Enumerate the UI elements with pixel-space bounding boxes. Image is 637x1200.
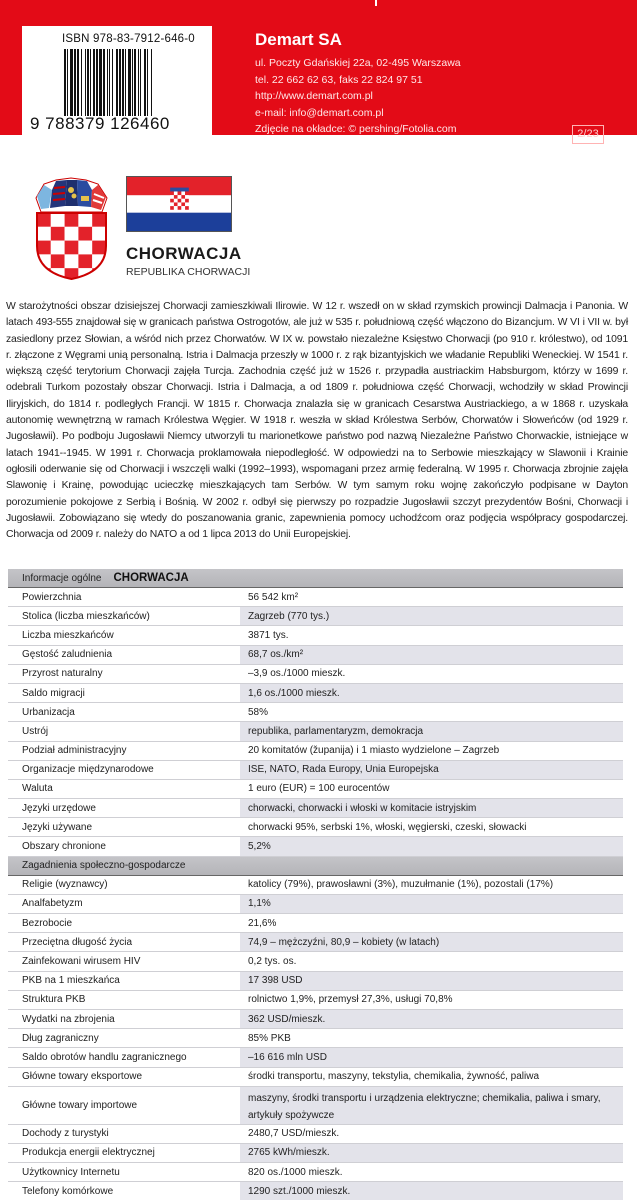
row-value: 3871 tys. <box>240 626 623 644</box>
publisher-website: http://www.demart.com.pl <box>255 88 461 105</box>
table-row: Gęstość zaludnienia68,7 os./km² <box>8 646 623 665</box>
row-value: 85% PKB <box>240 1029 623 1047</box>
row-value: 68,7 os./km² <box>240 646 623 664</box>
table-row: Wydatki na zbrojenia362 USD/mieszk. <box>8 1010 623 1029</box>
table-row: Dochody z turystyki2480,7 USD/mieszk. <box>8 1125 623 1144</box>
row-label: Obszary chronione <box>8 837 240 855</box>
country-title: CHORWACJA <box>126 244 242 264</box>
table-row: Saldo migracji1,6 os./1000 mieszk. <box>8 684 623 703</box>
row-value: maszyny, środki transportu i urządzenia … <box>240 1087 623 1124</box>
publisher-name: Demart SA <box>255 30 461 50</box>
table-row: Dług zagraniczny85% PKB <box>8 1029 623 1048</box>
table-row: Ustrójrepublika, parlamentaryzm, demokra… <box>8 722 623 741</box>
row-value: katolicy (79%), prawosławni (3%), muzułm… <box>240 876 623 894</box>
row-label: Wydatki na zbrojenia <box>8 1010 240 1028</box>
table-row: Języki urzędowechorwacki, chorwacki i wł… <box>8 799 623 818</box>
table-row: Przeciętna długość życia74,9 – mężczyźni… <box>8 933 623 952</box>
table-row: Zainfekowani wirusem HIV0,2 tys. os. <box>8 952 623 971</box>
table-row: Urbanizacja58% <box>8 703 623 722</box>
row-value: środki transportu, maszyny, tekstylia, c… <box>240 1068 623 1086</box>
table-row: Liczba mieszkańców3871 tys. <box>8 626 623 645</box>
row-value: 5,2% <box>240 837 623 855</box>
row-label: Podział administracyjny <box>8 742 240 760</box>
table-row: Podział administracyjny20 komitatów (žup… <box>8 742 623 761</box>
table-row: Obszary chronione5,2% <box>8 837 623 856</box>
section-general-header: Informacje ogólne CHORWACJA <box>8 569 623 588</box>
row-label: Przyrost naturalny <box>8 665 240 683</box>
row-value: 1,6 os./1000 mieszk. <box>240 684 623 702</box>
table-row: Użytkownicy Internetu820 os./1000 mieszk… <box>8 1163 623 1182</box>
row-label: Zainfekowani wirusem HIV <box>8 952 240 970</box>
row-value: 20 komitatów (županija) i 1 miasto wydzi… <box>240 742 623 760</box>
row-value: 2480,7 USD/mieszk. <box>240 1125 623 1143</box>
row-label: Saldo obrotów handlu zagranicznego <box>8 1048 240 1066</box>
row-value: Zagrzeb (770 tys.) <box>240 607 623 625</box>
row-value: republika, parlamentaryzm, demokracja <box>240 722 623 740</box>
table-row: Przyrost naturalny–3,9 os./1000 mieszk. <box>8 665 623 684</box>
table-row: Telefony komórkowe1290 szt./1000 mieszk. <box>8 1182 623 1200</box>
row-label: Analfabetyzm <box>8 895 240 913</box>
row-label: Stolica (liczba mieszkańców) <box>8 607 240 625</box>
row-value: 1 euro (EUR) = 100 eurocentów <box>240 780 623 798</box>
row-label: Główne towary importowe <box>8 1087 240 1124</box>
row-label: Powierzchnia <box>8 588 240 606</box>
table-row: Języki używanechorwacki 95%, serbski 1%,… <box>8 818 623 837</box>
row-label: Gęstość zaludnienia <box>8 646 240 664</box>
table-row: Organizacje międzynarodoweISE, NATO, Rad… <box>8 761 623 780</box>
row-value: 21,6% <box>240 914 623 932</box>
table-row: Waluta1 euro (EUR) = 100 eurocentów <box>8 780 623 799</box>
row-label: Produkcja energii elektrycznej <box>8 1144 240 1162</box>
row-label: Liczba mieszkańców <box>8 626 240 644</box>
section-social-label: Zagadnienia społeczno-gospodarcze <box>22 860 185 871</box>
table-row: Struktura PKBrolnictwo 1,9%, przemysł 27… <box>8 991 623 1010</box>
row-value: –16 616 mln USD <box>240 1048 623 1066</box>
table-row: Religie (wyznawcy)katolicy (79%), prawos… <box>8 876 623 895</box>
facts-table: Informacje ogólne CHORWACJA Powierzchnia… <box>8 569 623 1200</box>
row-value: 2765 kWh/mieszk. <box>240 1144 623 1162</box>
row-value: 362 USD/mieszk. <box>240 1010 623 1028</box>
row-label: Waluta <box>8 780 240 798</box>
section-general-label: Informacje ogólne <box>22 573 102 584</box>
barcode: ISBN 978-83-7912-646-0 9 788379 126460 <box>22 26 212 142</box>
croatia-flag-icon <box>126 176 232 232</box>
croatia-coat-of-arms-icon <box>34 176 109 280</box>
row-label: Języki urzędowe <box>8 799 240 817</box>
row-label: Organizacje międzynarodowe <box>8 761 240 779</box>
country-subtitle: REPUBLIKA CHORWACJI <box>126 266 250 278</box>
barcode-number: 9 788379 126460 <box>30 114 170 134</box>
row-label: Bezrobocie <box>8 914 240 932</box>
row-value: –3,9 os./1000 mieszk. <box>240 665 623 683</box>
row-value: 1290 szt./1000 mieszk. <box>240 1182 623 1200</box>
row-label: Użytkownicy Internetu <box>8 1163 240 1181</box>
row-value: 820 os./1000 mieszk. <box>240 1163 623 1181</box>
table-row: Główne towary eksportoweśrodki transport… <box>8 1068 623 1087</box>
row-label: Struktura PKB <box>8 991 240 1009</box>
publisher-info: Demart SA ul. Poczty Gdańskiej 22a, 02-4… <box>255 30 461 138</box>
publisher-email: e-mail: info@demart.com.pl <box>255 105 461 122</box>
row-label: Dług zagraniczny <box>8 1029 240 1047</box>
table-row: Stolica (liczba mieszkańców)Zagrzeb (770… <box>8 607 623 626</box>
row-value: 1,1% <box>240 895 623 913</box>
page-badge: 2/23 <box>572 125 604 144</box>
section-social-header: Zagadnienia społeczno-gospodarcze <box>8 857 623 876</box>
row-label: Ustrój <box>8 722 240 740</box>
row-label: Religie (wyznawcy) <box>8 876 240 894</box>
table-row: Saldo obrotów handlu zagranicznego–16 61… <box>8 1048 623 1067</box>
table-row: Powierzchnia56 542 km² <box>8 588 623 607</box>
row-value: ISE, NATO, Rada Europy, Unia Europejska <box>240 761 623 779</box>
barcode-bars <box>64 49 204 116</box>
row-label: Urbanizacja <box>8 703 240 721</box>
isbn: ISBN 978-83-7912-646-0 <box>62 33 195 45</box>
table-row: Analfabetyzm1,1% <box>8 895 623 914</box>
row-value: chorwacki, chorwacki i włoski w komitaci… <box>240 799 623 817</box>
row-value: 74,9 – mężczyźni, 80,9 – kobiety (w lata… <box>240 933 623 951</box>
table-row: Produkcja energii elektrycznej2765 kWh/m… <box>8 1144 623 1163</box>
row-value: chorwacki 95%, serbski 1%, włoski, węgie… <box>240 818 623 836</box>
row-label: Główne towary eksportowe <box>8 1068 240 1086</box>
publisher-phone: tel. 22 662 62 63, faks 22 824 97 51 <box>255 72 461 89</box>
row-label: Saldo migracji <box>8 684 240 702</box>
history-paragraph: W starożytności obszar dzisiejszej Chorw… <box>6 299 628 543</box>
table-row: PKB na 1 mieszkańca17 398 USD <box>8 972 623 991</box>
row-label: Telefony komórkowe <box>8 1182 240 1200</box>
row-label: Języki używane <box>8 818 240 836</box>
row-value: 17 398 USD <box>240 972 623 990</box>
row-value: rolnictwo 1,9%, przemysł 27,3%, usługi 7… <box>240 991 623 1009</box>
table-row: Główne towary importowemaszyny, środki t… <box>8 1087 623 1125</box>
row-value: 58% <box>240 703 623 721</box>
row-label: PKB na 1 mieszkańca <box>8 972 240 990</box>
table-row: Bezrobocie21,6% <box>8 914 623 933</box>
row-label: Dochody z turystyki <box>8 1125 240 1143</box>
row-label: Przeciętna długość życia <box>8 933 240 951</box>
publisher-header: ISBN 978-83-7912-646-0 9 788379 126460 D… <box>0 0 637 135</box>
photo-credit: Zdjęcie na okładce: © pershing/Fotolia.c… <box>255 121 461 138</box>
section-general-country: CHORWACJA <box>114 572 189 584</box>
divider <box>375 0 377 6</box>
publisher-address: ul. Poczty Gdańskiej 22a, 02-495 Warszaw… <box>255 55 461 72</box>
row-value: 0,2 tys. os. <box>240 952 623 970</box>
row-value: 56 542 km² <box>240 588 623 606</box>
